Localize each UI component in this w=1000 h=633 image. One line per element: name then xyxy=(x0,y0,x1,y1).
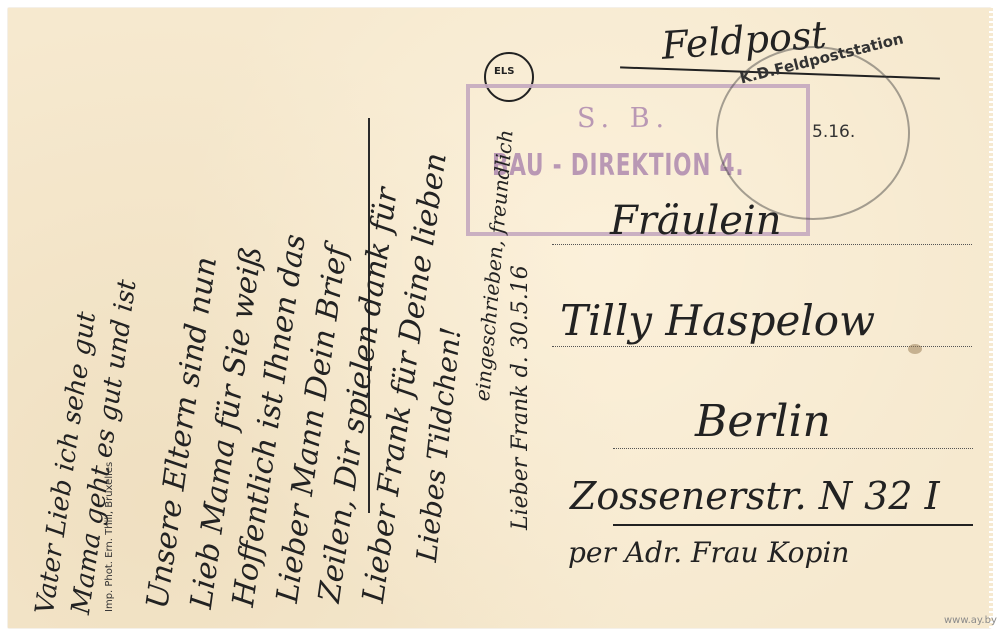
address-street: Zossenerstr. N 32 I xyxy=(570,474,940,518)
unit-stamp-line2: BAU - DIREKTION 4. xyxy=(492,148,744,183)
message-date-line: Lieber Frank d. 30.5.16 xyxy=(508,265,533,530)
publisher-logo-text: ELS xyxy=(494,66,514,77)
address-city: Berlin xyxy=(695,396,831,447)
address-recipient-title: Fräulein xyxy=(610,198,782,244)
address-line-4 xyxy=(613,524,973,526)
unit-stamp-line1: S. B. xyxy=(577,103,670,134)
postmark-date: 5.16. xyxy=(812,122,855,142)
watermark: www.ay.by xyxy=(944,615,997,626)
printer-imprint: Imp. Phot. Ern. Thill, Bruxelles xyxy=(104,462,115,612)
perforated-edge xyxy=(989,8,993,628)
paper-stain xyxy=(908,344,922,354)
address-line-1 xyxy=(552,244,972,245)
address-line-3 xyxy=(613,448,973,449)
address-recipient-name: Tilly Haspelow xyxy=(560,296,875,345)
address-care-of: per Adr. Frau Kopin xyxy=(568,536,849,569)
